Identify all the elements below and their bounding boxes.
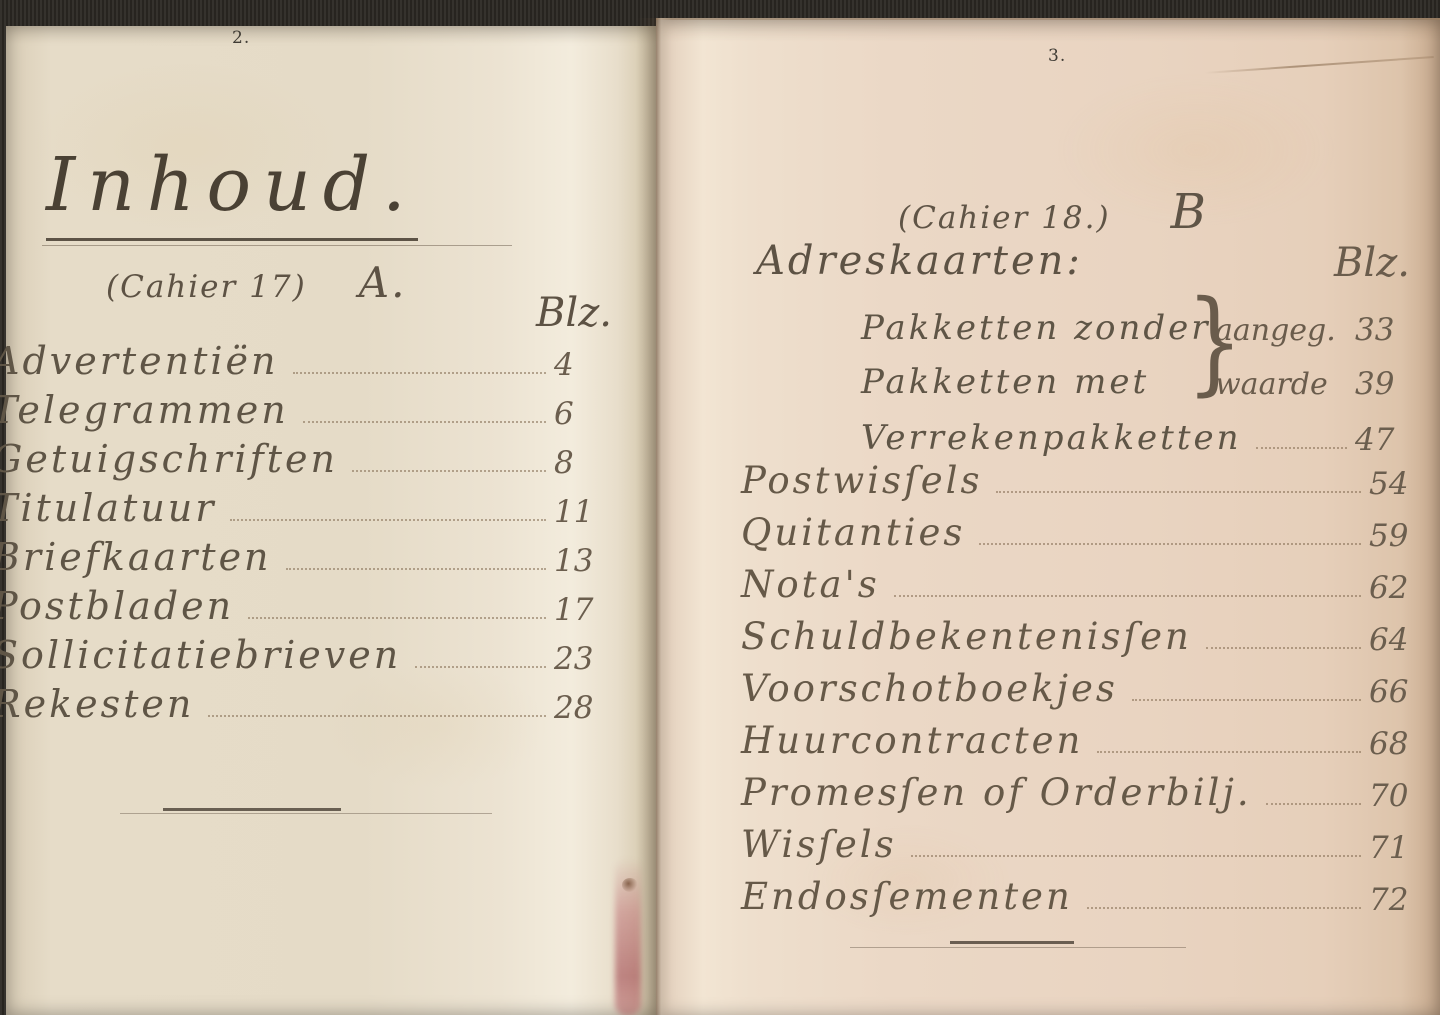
entry-label: Huurcontracten bbox=[741, 719, 1083, 762]
entry-page-number: 54 bbox=[1369, 466, 1433, 502]
toc-entry: Huurcontracten 68 bbox=[741, 710, 1433, 762]
dotted-leader bbox=[1266, 803, 1361, 805]
column-header-blz-left: Blz. bbox=[536, 290, 612, 336]
entry-label: Briefkaarten bbox=[0, 535, 272, 579]
bracketed-entry-group: Pakketten zonder aangeg. 33 Pakketten me… bbox=[861, 294, 1417, 402]
entry-label: Titulatuur bbox=[0, 486, 216, 530]
entry-page-number: 59 bbox=[1369, 518, 1433, 554]
entry-page-number: 70 bbox=[1369, 778, 1433, 814]
toc-entry: Sollicitatiebrieven 23 bbox=[0, 628, 620, 677]
toc-entry: Quitanties 59 bbox=[741, 502, 1433, 554]
entry-page-number: 13 bbox=[554, 543, 620, 579]
entry-page-number: 11 bbox=[554, 494, 620, 530]
title-underline-thin bbox=[42, 245, 512, 246]
entry-label: Advertentiën bbox=[0, 339, 279, 383]
dotted-leader bbox=[303, 421, 546, 423]
dotted-leader bbox=[208, 715, 546, 717]
page-number-right: 3. bbox=[1048, 46, 1066, 66]
entry-page-number: 71 bbox=[1369, 830, 1433, 866]
dotted-leader bbox=[230, 519, 546, 521]
entry-label: Telegrammen bbox=[0, 388, 289, 432]
entry-page-number: 62 bbox=[1369, 570, 1433, 606]
dotted-leader bbox=[293, 372, 546, 374]
dotted-leader bbox=[1206, 647, 1361, 649]
section-letter: B bbox=[1171, 184, 1208, 240]
entry-page-number: 23 bbox=[554, 641, 620, 677]
dotted-leader bbox=[1097, 751, 1361, 753]
entry-page-number: 39 bbox=[1355, 366, 1417, 402]
toc-entry: Postwisſels 54 bbox=[741, 450, 1433, 502]
entry-label: Postwisſels bbox=[741, 459, 982, 502]
dotted-leader bbox=[1132, 699, 1361, 701]
cahier-line-left: (Cahier 17)A. bbox=[106, 258, 406, 307]
entry-label: Endosſementen bbox=[741, 875, 1073, 918]
section-end-rule-thin bbox=[850, 947, 1186, 948]
title-underline bbox=[46, 238, 418, 241]
section-end-rule bbox=[163, 808, 341, 811]
toc-entry: Rekesten 28 bbox=[0, 677, 620, 726]
page-title: Inhoud. bbox=[46, 142, 418, 228]
dotted-leader bbox=[979, 543, 1361, 545]
toc-entry: Voorschotboekjes 66 bbox=[741, 658, 1433, 710]
dotted-leader bbox=[1087, 907, 1361, 909]
toc-entry: Titulatuur 11 bbox=[0, 481, 620, 530]
dotted-leader bbox=[894, 595, 1361, 597]
entry-label: Nota's bbox=[741, 563, 880, 606]
entry-page-number: 6 bbox=[554, 396, 620, 432]
entry-label: Rekesten bbox=[0, 682, 194, 726]
entry-label: Pakketten met bbox=[861, 362, 1149, 402]
dotted-leader bbox=[248, 617, 546, 619]
dotted-leader bbox=[1256, 447, 1347, 449]
toc-list-right: Postwisſels 54 Quitanties 59 Nota's 62 S… bbox=[741, 450, 1433, 918]
entry-page-number: 28 bbox=[554, 690, 620, 726]
notebook-page-right: 3. (Cahier 18.)B Adreskaarten: Blz. Pakk… bbox=[656, 18, 1440, 1015]
entry-label: Promesſen of Orderbilj. bbox=[741, 771, 1252, 814]
entry-label: Pakketten zonder bbox=[861, 308, 1211, 348]
entry-label: Sollicitatiebrieven bbox=[0, 633, 401, 677]
dotted-leader bbox=[911, 855, 1361, 857]
cahier-line-right: (Cahier 18.)B bbox=[898, 184, 1208, 240]
toc-entry: Briefkaarten 13 bbox=[0, 530, 620, 579]
toc-entry: Getuigschriften 8 bbox=[0, 432, 620, 481]
dotted-leader bbox=[286, 568, 546, 570]
toc-entry: Promesſen of Orderbilj. 70 bbox=[741, 762, 1433, 814]
cahier-label: (Cahier 17) bbox=[106, 269, 307, 305]
toc-list-left: Advertentiën 4 Telegrammen 6 Getuigschri… bbox=[0, 334, 620, 726]
group-heading: Adreskaarten: bbox=[756, 238, 1083, 284]
entry-label: Voorschotboekjes bbox=[741, 667, 1118, 710]
toc-entry: Pakketten met waarde 39 bbox=[861, 348, 1417, 402]
toc-entry: Advertentiën 4 bbox=[0, 334, 620, 383]
entry-label: Quitanties bbox=[741, 511, 965, 554]
toc-entry: Wisſels 71 bbox=[741, 814, 1433, 866]
entry-label: Getuigschriften bbox=[0, 437, 338, 481]
entry-page-number: 72 bbox=[1369, 882, 1433, 918]
notebook-page-left: 2. Inhoud. (Cahier 17)A. Blz. Advertenti… bbox=[6, 26, 656, 1015]
dotted-leader bbox=[352, 470, 546, 472]
gutter-stain-spot bbox=[622, 878, 638, 892]
entry-page-number: 64 bbox=[1369, 622, 1433, 658]
toc-entry: Postbladen 17 bbox=[0, 579, 620, 628]
section-end-rule bbox=[950, 941, 1074, 944]
toc-entry: Pakketten zonder aangeg. 33 bbox=[861, 294, 1417, 348]
dotted-leader bbox=[996, 491, 1361, 493]
toc-entry: Telegrammen 6 bbox=[0, 383, 620, 432]
entry-page-number: 17 bbox=[554, 592, 620, 628]
entry-page-number: 33 bbox=[1355, 312, 1417, 348]
entry-page-number: 4 bbox=[554, 347, 620, 383]
toc-entry: Nota's 62 bbox=[741, 554, 1433, 606]
column-header-blz-right: Blz. bbox=[1334, 240, 1410, 286]
entry-label: Schuldbekentenisſen bbox=[741, 615, 1192, 658]
cahier-label: (Cahier 18.) bbox=[898, 200, 1111, 236]
brace-glyph: } bbox=[1186, 282, 1243, 402]
page-number-left: 2. bbox=[232, 28, 250, 48]
entry-page-number: 68 bbox=[1369, 726, 1433, 762]
entry-label: Postbladen bbox=[0, 584, 234, 628]
toc-entry: Endosſementen 72 bbox=[741, 866, 1433, 918]
toc-entry: Schuldbekentenisſen 64 bbox=[741, 606, 1433, 658]
dotted-leader bbox=[415, 666, 546, 668]
section-letter: A. bbox=[359, 258, 407, 307]
section-end-rule-thin bbox=[120, 813, 492, 814]
entry-page-number: 8 bbox=[554, 445, 620, 481]
entry-label: Wisſels bbox=[741, 823, 897, 866]
entry-page-number: 66 bbox=[1369, 674, 1433, 710]
